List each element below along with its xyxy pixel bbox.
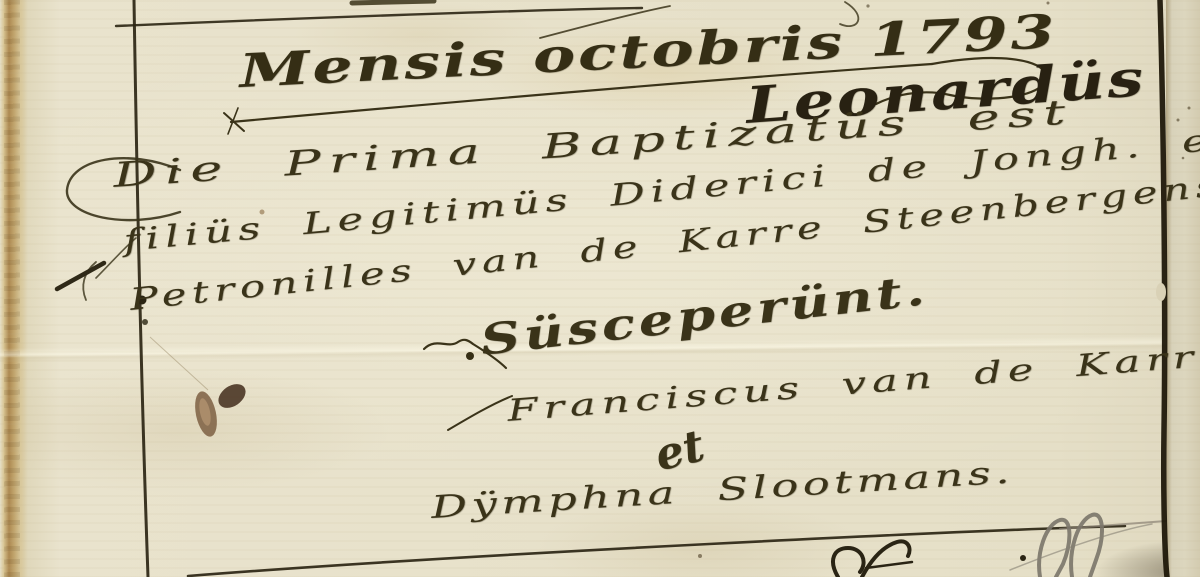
rule-top [116, 8, 642, 26]
susceperunt-ink-blob [466, 352, 474, 360]
border-damage-notch [1156, 283, 1166, 301]
ink-blot [150, 337, 250, 439]
manuscript-page: Mensis octobris 1793 Leonardüs Die Prima… [0, 0, 1200, 577]
rule-ink-dot-small [142, 319, 148, 325]
franciscus-lead-in [448, 396, 512, 430]
next-entry-fragment-ink [833, 541, 912, 577]
rule-bottom [188, 526, 1125, 576]
next-entry-dot [1020, 555, 1026, 561]
